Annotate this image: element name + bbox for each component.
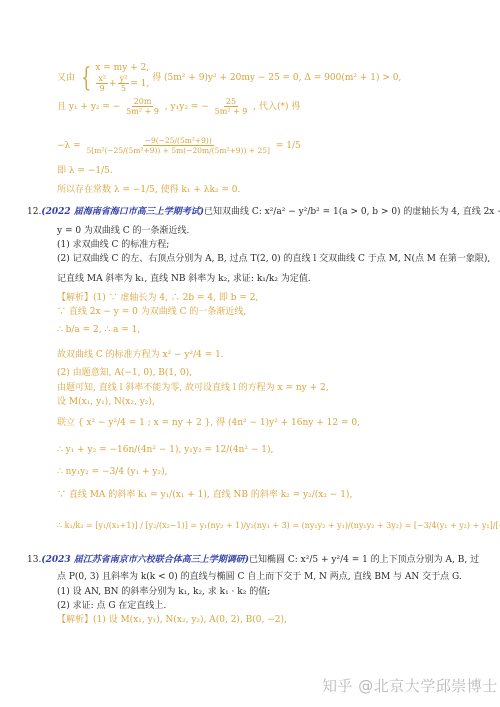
problem-source: (2023 届江苏省南京市六校联合体高三上学期调研) (41, 555, 249, 565)
problem-number: 13. (27, 555, 41, 565)
problem-12-stem-line2: y = 0 为双曲线 C 的一条渐近线. (57, 226, 189, 237)
text: , y₁y₂ = − (165, 102, 209, 112)
numerator: x² (96, 74, 108, 84)
problem-12-solution-line: ∴ y₁ + y₂ = −16n/(4n² − 1), y₁y₂ = 12/(4… (57, 445, 273, 456)
fraction: y²5 (118, 74, 130, 93)
denominator: 5[m²(−25/(5m²+9)) + 5m(−20m/(5m²+9)) + 2… (85, 146, 272, 155)
problem-12-solution-line: ∴ b/a = 2, ∴ a = 1, (57, 325, 140, 336)
problem-12-part1: (1) 求双曲线 C 的标准方程; (57, 240, 169, 251)
problem-13-solution-start: 【解析】(1) 设 M(x₁, y₁), N(x₂, y₂), A(0, 2),… (57, 615, 287, 626)
denominator: 5 (119, 84, 128, 93)
problem-12-stem-line1: 12.(2022 届海南省海口市高三上学期考试)已知双曲线 C: x²/a² −… (27, 207, 500, 218)
problem-13-part2: (2) 求证: 点 G 在定直线上. (57, 601, 166, 612)
text: , 代入(*) 得 (253, 102, 300, 112)
solution-sum-product-line: 且 y₁ + y₂ = − 20m5m² + 9 , y₁y₂ = − 255m… (57, 97, 300, 116)
numerator: 25 (224, 97, 238, 107)
watermark: 知乎 @北京大学邱崇博士 (322, 675, 498, 696)
text: −λ = (57, 141, 81, 151)
denominator: 5m² + 9 (213, 107, 250, 116)
solution-lambda-equation: −λ = −9(−25/(5m²+9))5[m²(−25/(5m²+9)) + … (57, 136, 301, 155)
solution-system-line: 又由 { x = my + 2, x²9+y²5= 1, 得 (5m² + 9)… (57, 62, 401, 93)
problem-12-solution-line: ∴ k₁/k₂ = [y₁/(x₁+1)] / [y₂/(x₂−1)] = y₁… (57, 520, 500, 531)
fraction: 20m5m² + 9 (124, 97, 161, 116)
problem-13-stem-line2: 点 P(0, 3) 且斜率为 k(k < 0) 的直线与椭圆 C 自上而下交于 … (57, 572, 462, 583)
problem-stem: 已知双曲线 C: x²/a² − y²/b² = 1(a > 0, b > 0)… (204, 207, 500, 217)
problem-12-solution-line: ∴ ny₁y₂ = −3/4 (y₁ + y₂), (57, 467, 167, 478)
equation-line: x²9+y²5= 1, (95, 74, 149, 93)
problem-12-solution-line: ∵ 直线 2x − y = 0 为双曲线 C 的一条渐近线, (57, 307, 246, 318)
equation-line: x = my + 2, (95, 62, 149, 74)
document-page: 又由 { x = my + 2, x²9+y²5= 1, 得 (5m² + 9)… (0, 0, 500, 707)
problem-12-part2-line2: 记直线 MA 斜率为 k₁, 直线 NB 斜率为 k₂, 求证: k₁/k₂ 为… (57, 274, 311, 285)
problem-12-solution-line: 联立 { x² − y²/4 = 1 ; x = ny + 2 }, 得 (4n… (57, 418, 360, 429)
brace-symbol: { (81, 65, 91, 91)
problem-12-solution-line: 设 M(x₁, y₁), N(x₂, y₂), (57, 397, 155, 408)
numerator: y² (118, 74, 130, 84)
equation-system: x = my + 2, x²9+y²5= 1, (95, 62, 149, 93)
problem-13-stem-line1: 13.(2023 届江苏省南京市六校联合体高三上学期调研)已知椭圆 C: x²/… (27, 555, 479, 566)
problem-13-part1: (1) 设 AN, BN 的斜率分别为 k₁, k₂, 求 k₁ · k₂ 的值… (57, 587, 270, 598)
denominator: 9 (98, 84, 107, 93)
equation-result: 得 (5m² + 9)y² + 20my − 25 = 0, Δ = 900(m… (152, 73, 401, 83)
numerator: −9(−25/(5m²+9)) (143, 136, 214, 146)
problem-12-solution-line: (2) 由题意知, A(−1, 0), B(1, 0), (57, 368, 192, 379)
text: 且 y₁ + y₂ = − (57, 102, 120, 112)
problem-12-solution-line: 由题可知, 直线 l 斜率不能为零, 故可设直线 l 的方程为 x = ny +… (57, 383, 329, 394)
equation-rhs: = 1, (130, 79, 149, 89)
fraction: x²9 (96, 74, 108, 93)
problem-12-part2-line1: (2) 记双曲线 C 的左、右顶点分别为 A, B, 过点 T(2, 0) 的直… (57, 254, 490, 265)
text: = 1/5 (276, 141, 301, 151)
problem-number: 12. (27, 207, 41, 217)
problem-stem: 已知椭圆 C: x²/5 + y²/4 = 1 的上下顶点分别为 A, B, 过 (249, 555, 479, 565)
numerator: 20m (132, 97, 154, 107)
text-prefix: 又由 (57, 73, 75, 83)
denominator: 5m² + 9 (124, 107, 161, 116)
problem-12-solution-line: ∵ 直线 MA 的斜率 k₁ = y₁/(x₁ + 1), 直线 NB 的斜率 … (57, 490, 352, 501)
fraction: −9(−25/(5m²+9))5[m²(−25/(5m²+9)) + 5m(−2… (85, 136, 272, 155)
fraction: 255m² + 9 (213, 97, 250, 116)
solution-conclusion: 所以存在常数 λ = −1/5, 使得 k₁ + λk₂ = 0. (57, 185, 240, 196)
problem-12-solution-line: 【解析】(1) ∵ 虚轴长为 4, ∴ 2b = 4, 即 b = 2, (57, 293, 258, 304)
problem-12-solution-line: 故双曲线 C 的标准方程为 x² − y²/4 = 1. (57, 350, 224, 361)
problem-source: (2022 届海南省海口市高三上学期考试) (41, 207, 204, 217)
solution-lambda-value: 即 λ = −1/5. (57, 166, 113, 177)
